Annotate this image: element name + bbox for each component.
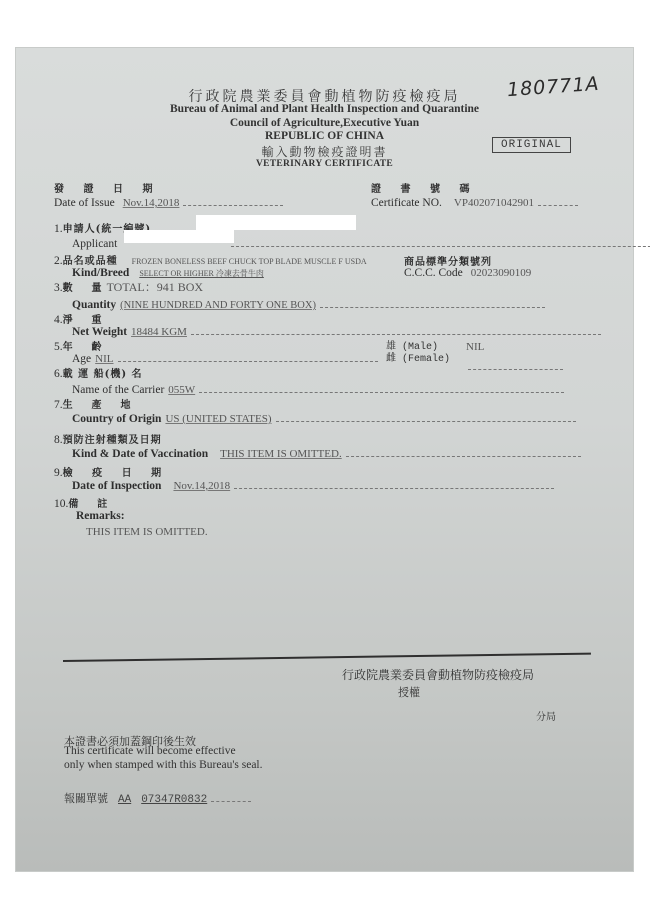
origin-row: Country of Origin US (UNITED STATES) xyxy=(72,409,576,427)
fill-line xyxy=(538,204,578,206)
fill-line xyxy=(346,455,581,457)
original-stamp: ORIGINAL xyxy=(492,137,571,153)
applicant-label: Applicant xyxy=(72,238,117,250)
issue-date-label: Date of Issue xyxy=(54,197,115,209)
field-number: 6. xyxy=(54,368,63,380)
vaccination-value: THIS ITEM IS OMITTED. xyxy=(220,448,342,460)
field-number: 9. xyxy=(54,467,63,479)
inspection-value: Nov.14,2018 xyxy=(173,480,230,492)
net-weight-row: Net Weight 18484 KGM xyxy=(72,322,601,340)
origin-label: Country of Origin xyxy=(72,413,161,425)
footer-note-en-1: This certificate will become effective xyxy=(64,745,236,757)
carrier-value: 055W xyxy=(168,384,195,396)
fill-line xyxy=(199,391,564,393)
issue-date-row: Date of Issue Nov.14,2018 xyxy=(54,193,283,211)
issue-date-value: Nov.14,2018 xyxy=(123,197,180,209)
inspection-row: Date of Inspection Nov.14,2018 xyxy=(72,476,554,494)
field-number: 7. xyxy=(54,399,63,411)
agency-name-en: Bureau of Animal and Plant Health Inspec… xyxy=(16,103,633,115)
redacted-block xyxy=(196,215,356,230)
signature-authorized-zh: 授權 xyxy=(398,684,420,700)
sex-fill-row xyxy=(468,357,563,375)
carrier-row: Name of the Carrier 055W xyxy=(72,380,564,398)
fill-line xyxy=(211,800,251,802)
origin-value: US (UNITED STATES) xyxy=(165,413,271,425)
field-number: 10. xyxy=(54,498,68,510)
fill-line xyxy=(320,306,545,308)
ccc-value: 02023090109 xyxy=(471,267,532,279)
kind-value-line2: SELECT OR HIGHER 冷凍去骨牛肉 xyxy=(139,269,264,278)
field-number: 3. xyxy=(54,282,63,294)
footer-note-en-2: only when stamped with this Bureau's sea… xyxy=(64,759,263,771)
signature-agency-zh: 行政院農業委員會動植物防疫檢疫局 xyxy=(342,666,534,683)
quantity-zh-row: 3.數 量 TOTAL：941 BOX xyxy=(54,278,203,296)
quantity-words: (NINE HUNDRED AND FORTY ONE BOX) xyxy=(120,300,316,311)
customs-row: 報關單號 AA 07347R0832 xyxy=(64,789,251,807)
fill-line xyxy=(118,360,378,362)
fill-line xyxy=(191,333,601,335)
field-number: 1. xyxy=(54,223,63,235)
quantity-row: Quantity (NINE HUNDRED AND FORTY ONE BOX… xyxy=(72,295,545,313)
certificate-paper: 180771A 行政院農業委員會動植物防疫檢疫局 Bureau of Anima… xyxy=(16,48,633,871)
fill-line xyxy=(231,245,650,247)
quantity-total: TOTAL：941 BOX xyxy=(107,280,203,294)
certificate-title-en: VETERINARY CERTIFICATE xyxy=(16,159,633,169)
council-name: Council of Agriculture,Executive Yuan xyxy=(16,117,633,129)
field-number: 5. xyxy=(54,341,63,353)
ccc-label: C.C.C. Code xyxy=(404,267,463,279)
sex-value: NIL xyxy=(466,341,484,353)
net-weight-value: 18484 KGM xyxy=(131,326,187,338)
carrier-label-zh: 載 運 船(機) 名 xyxy=(63,369,143,380)
fill-line xyxy=(276,420,576,422)
inspection-label: Date of Inspection xyxy=(72,480,161,492)
remarks-value: THIS ITEM IS OMITTED. xyxy=(86,526,208,538)
customs-number: 07347R0832 xyxy=(141,794,207,806)
customs-label-zh: 報關單號 xyxy=(64,792,108,805)
field-number: 2. xyxy=(54,255,63,267)
certificate-no-label: Certificate NO. xyxy=(371,197,442,209)
signature-branch-zh: 分局 xyxy=(536,708,556,723)
sex-female-label: 雌 (Female) xyxy=(386,349,450,365)
field-number: 8. xyxy=(54,434,63,446)
fill-line xyxy=(234,487,554,489)
fill-line xyxy=(468,368,563,370)
fill-line xyxy=(183,204,283,206)
remarks-label: Remarks: xyxy=(76,510,125,522)
redacted-block xyxy=(124,230,234,243)
certificate-no-row: Certificate NO. VP402071042901 xyxy=(371,193,578,211)
remarks-label-zh: 備 註 xyxy=(68,499,108,510)
customs-prefix: AA xyxy=(118,794,131,806)
field-number: 4. xyxy=(54,314,63,326)
ccc-row: C.C.C. Code 02023090109 xyxy=(404,263,531,281)
vaccination-row: Kind & Date of Vaccination THIS ITEM IS … xyxy=(72,444,581,462)
quantity-label-zh: 數 量 xyxy=(63,283,103,294)
vaccination-label: Kind & Date of Vaccination xyxy=(72,448,208,460)
signature-line xyxy=(63,653,591,662)
certificate-no-value: VP402071042901 xyxy=(454,197,534,209)
